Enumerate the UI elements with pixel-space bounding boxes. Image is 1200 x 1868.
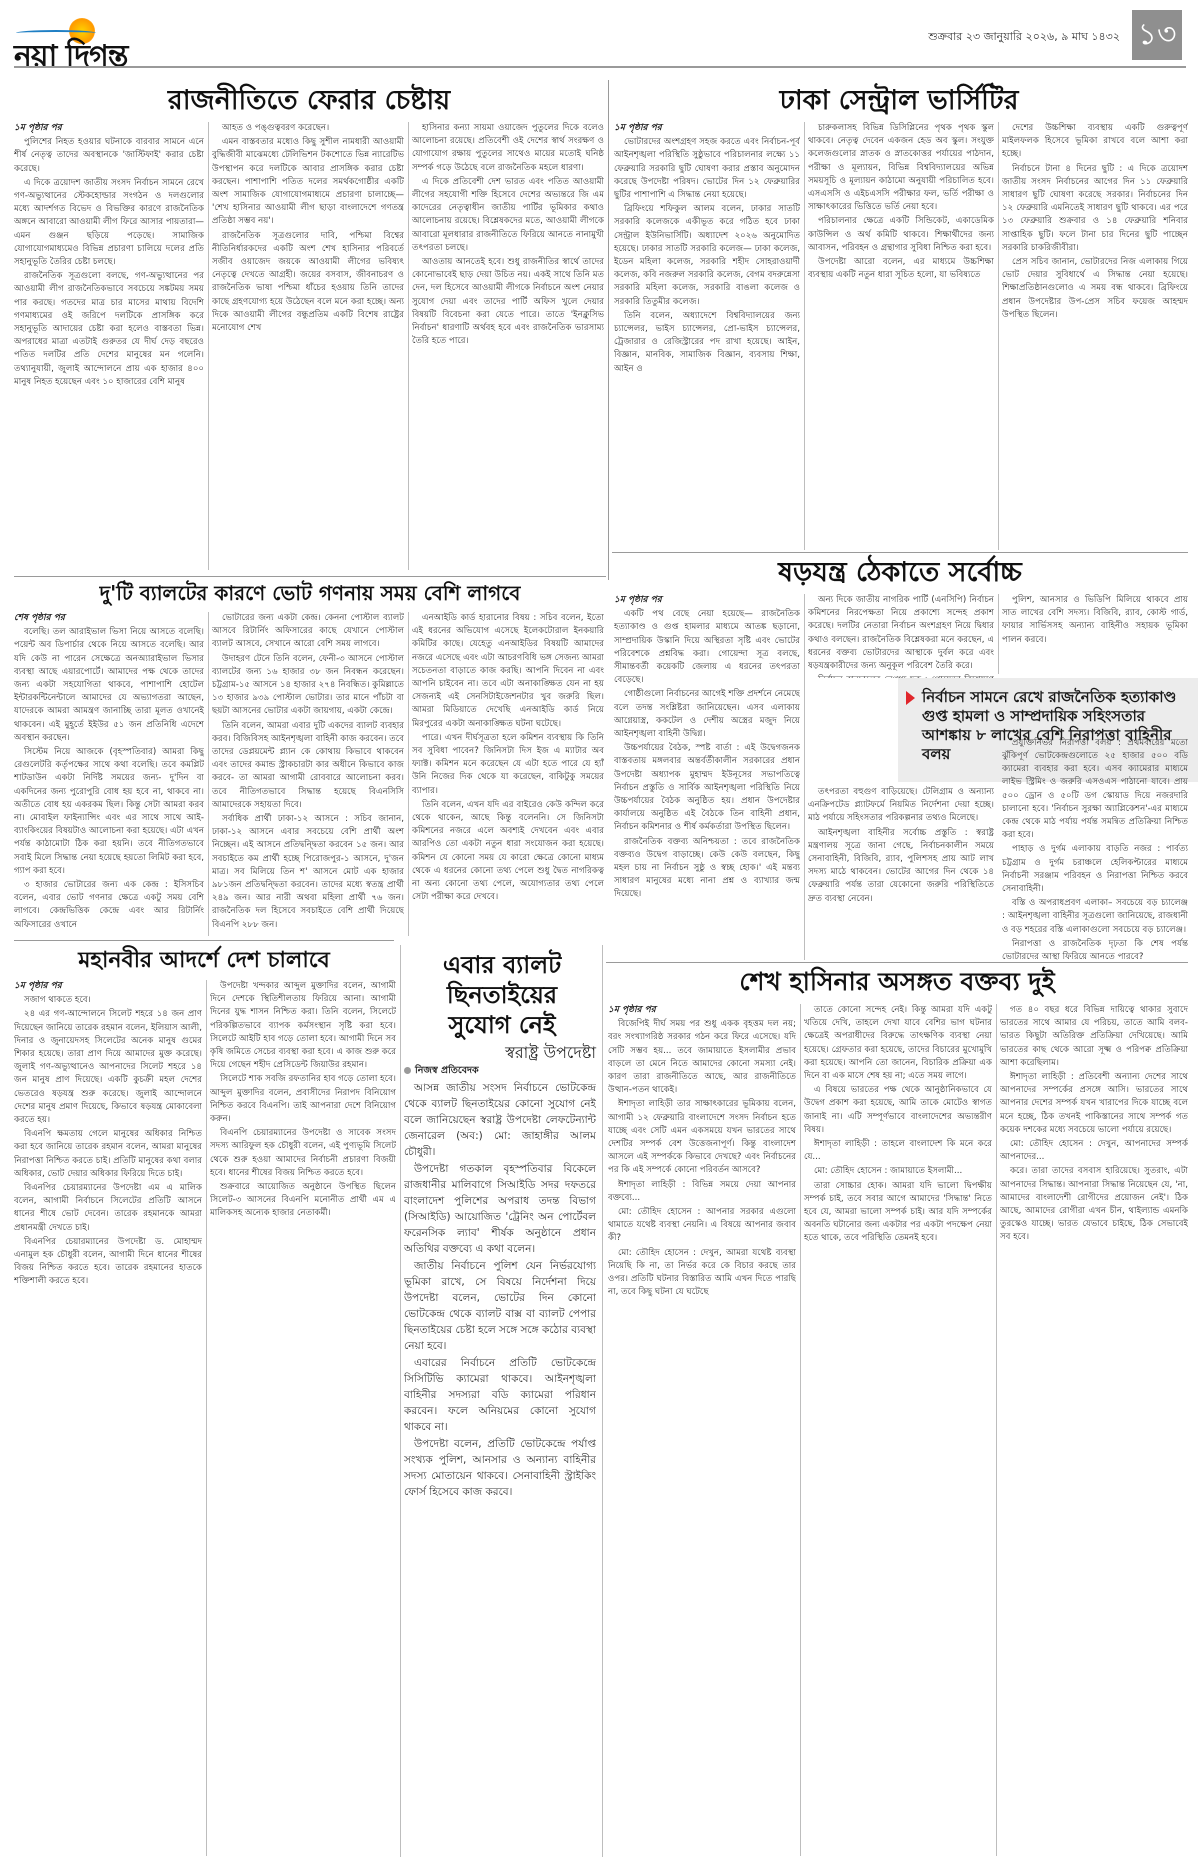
paragraph: উচ্চপর্যায়ের বৈঠক, স্পষ্ট বার্তা : এই উ… — [614, 742, 800, 834]
paragraph: বিএনপি ক্ষমতায় গেলে মানুষের অধিকার নিশ্… — [14, 1128, 202, 1181]
paragraph: বিজেপিই দীর্ঘ সময় পর শুধু একক বৃহত্তম দ… — [608, 1018, 796, 1097]
section-divider — [608, 80, 609, 580]
paragraph: মো: তৌহিদ হোসেন : আপনার সরকার এগুলো থামা… — [608, 1206, 796, 1246]
column-divider — [206, 980, 207, 1856]
headline-prophet-ideals[interactable]: মহানবীর আদর্শে দেশ চালাবে — [14, 946, 394, 976]
paragraph: এবারের নির্বাচনে প্রতিটি ভোটকেন্দ্রে সিস… — [404, 1355, 596, 1435]
paragraph: বস্তি ও অপরাধপ্রবণ এলাকা– সবচেয়ে বড় চ্… — [1002, 897, 1188, 937]
headline-conspiracy[interactable]: ষড়যন্ত্র ঠেকাতে সর্বোচ্চ — [612, 556, 1188, 590]
article-conspiracy-col-3: পুলিশ, আনসার ও ভিডিপি মিলিয়ে থাকবে প্রা… — [1002, 594, 1188, 960]
paragraph: দেশের উচ্চশিক্ষা ব্যবস্থায় একটি গুরুত্ব… — [1002, 122, 1188, 162]
paragraph: তারা সোচ্চার হোক। আমরা যদি ভালো দ্বিপক্ষ… — [804, 1180, 992, 1246]
article-conspiracy-col-2b: তৎপরতা বহুগুণ বাড়িয়েছে। টেলিগ্রাম ও অন… — [808, 786, 994, 960]
headline-hasina-statement[interactable]: শেখ হাসিনার অসঙ্গত বক্তব্য দুই — [606, 966, 1188, 998]
paragraph: ৩ হাজার ভোটারের জন্য এক কেন্দ্র : ইসিসচি… — [14, 879, 204, 932]
headline-line: সুযোগ নেই — [404, 1010, 600, 1040]
paragraph: মো: তৌহিদ হোসেন : জামায়াতে ইসলামী... — [804, 1165, 992, 1178]
paragraph: ঈশাদৃতা লাহিড়ী : প্রতিবেশী অন্যান্য দেশ… — [1000, 1071, 1188, 1137]
paragraph: রাজনৈতিক সূত্রগুলোর দাবি, পশ্চিমা বিশ্বে… — [212, 230, 404, 336]
headline-line: এবার ব্যালট — [404, 950, 600, 980]
paragraph: সজাগ থাকতে হবে। — [14, 994, 202, 1007]
paragraph: আহত ও পঙ্গুত্ববরণ করেছেন। — [212, 122, 404, 135]
paragraph: পরিচালনার ক্ষেত্রে একটি সিন্ডিকেট, একাডে… — [808, 215, 994, 255]
article-dcu-col-3: দেশের উচ্চশিক্ষা ব্যবস্থায় একটি গুরুত্ব… — [1002, 122, 1188, 552]
paragraph: মো: তৌহিদ হোসেন : দেখুন, আমরা যথেষ্ট ব্য… — [608, 1247, 796, 1300]
column-divider — [602, 945, 603, 1857]
paragraph: পাহাড় ও দুর্গম এলাকায় বাড়তি নজর : পার… — [1002, 843, 1188, 896]
paragraph: আওতায় আনতেই হবে। শুধু রাজনীতির স্বার্থে… — [412, 256, 604, 348]
paragraph: বিএনপির চেয়ারম্যানের উপদেষ্টা ড. মোহাম্… — [14, 1236, 202, 1289]
headline-line: ছিনতাইয়ের — [404, 980, 600, 1010]
paragraph: তিনি বলেন, অধ্যাদেশে বিশ্ববিদ্যালয়ের জন… — [614, 310, 800, 376]
paragraph: হাসিনার কন্যা সায়মা ওয়াজেদ পুতুলের দিক… — [412, 122, 604, 175]
column-divider — [998, 594, 999, 674]
paragraph: উদাহরণ টেনে তিনি বলেন, ফেনী-৩ আসনে পোস্ট… — [212, 653, 404, 719]
paragraph: ঈশাদৃতা লাহিড়ী : তাহলে বাংলাদেশ কি মনে … — [804, 1138, 992, 1164]
paragraph: সর্বাধিক প্রার্থী ঢাকা-১২ আসনে : সচিব জা… — [212, 813, 404, 932]
paragraph: নির্বাচনে টানা ৪ দিনের ছুটি : এ দিকে ত্র… — [1002, 163, 1188, 255]
paragraph: উপদেষ্টা খন্দকার আব্দুল মুক্তাদির বলেন, … — [210, 980, 396, 1072]
paragraph: এ বিষয়ে ভারতের পক্ষ থেকে আনুষ্ঠানিকভাবে… — [804, 1084, 992, 1137]
article-hasina-col-3: গত ৪০ বছর ধরে বিভিন্ন দায়িত্বে থাকার সু… — [1000, 1004, 1188, 1856]
paragraph: ভোটারদের অংশগ্রহণ সহজ করতে এবং নির্বাচন-… — [614, 136, 800, 202]
paragraph: একটি পথ বেছে নেয়া হয়েছে— রাজনৈতিক হত্য… — [614, 608, 800, 687]
paragraph: উপদেষ্টা আরো বলেন, এর মাধ্যমে উচ্চশিক্ষা… — [808, 256, 994, 282]
headline-dhaka-central-university[interactable]: ঢাকা সেন্ট্রাল ভার্সিটির — [612, 84, 1186, 118]
newspaper-logo[interactable]: নয়া দিগন্ত — [14, 18, 184, 60]
paragraph: গত ৪০ বছর ধরে বিভিন্ন দায়িত্বে থাকার সু… — [1000, 1004, 1188, 1070]
paragraph: এনআইডি কার্ড হারানোর বিষয় : সচিব বলেন, … — [412, 612, 604, 731]
paragraph: তিনি বলেন, এখন যদি এর বাইরেও কেউ কন্দিল … — [412, 799, 604, 905]
paragraph: পারে। এখন দীর্ঘসূত্রতা হলে কমিশন ব্যবস্থ… — [412, 732, 604, 798]
article-politics-col-2: আহত ও পঙ্গুত্ববরণ করেছেন। এমন বাস্তবতার … — [212, 122, 404, 572]
paragraph: ঈশাদৃতা লাহিড়ী তার সাক্ষাৎকারের ভূমিকায… — [608, 1098, 796, 1177]
column-divider — [408, 122, 409, 570]
paragraph: তিনি বলেন, আমরা এবার দুটি একদের ব্যালট ব… — [212, 720, 404, 812]
article-ballots-col-3: এনআইডি কার্ড হারানোর বিষয় : সচিব বলেন, … — [412, 612, 604, 938]
headline-politics-return[interactable]: রাজনীতিতে ফেরার চেষ্টায় — [14, 84, 604, 118]
article-ballots-col-1: শেষ পৃষ্ঠার পর বলেছি। তল আরাইভাল ভিসা নি… — [14, 612, 204, 938]
headline-two-ballots[interactable]: দু'টি ব্যালটের কারণে ভোট গণনায় সময় বেশ… — [14, 578, 606, 608]
paragraph: অন্য দিকে জাতীয় নাগরিক পার্টি (এনসিপি) … — [808, 594, 994, 673]
paragraph: উপদেষ্টা গতকাল বৃহস্পতিবার বিকেলে রাজধান… — [404, 1161, 596, 1257]
column-divider — [208, 612, 209, 936]
paragraph: জাতীয় নির্বাচনে পুলিশ যেন নির্ভরযোগ্য ভ… — [404, 1258, 596, 1354]
paragraph: সিলেটে শাক সবজি রফতানির হাব গড়ে তোলা হব… — [210, 1073, 396, 1126]
column-divider — [400, 945, 401, 1857]
section-divider — [14, 940, 394, 941]
column-divider — [804, 594, 805, 960]
continued-label: শেষ পৃষ্ঠার পর — [14, 612, 204, 625]
section-divider — [612, 552, 1188, 553]
section-divider — [606, 962, 1188, 963]
article-dcu-col-2: চারুকলাসহ বিভিন্ন ডিসিপ্লিনের পৃথক পৃথক … — [808, 122, 994, 552]
paragraph: বিএনপি চেয়ারম্যানের উপদেষ্টা ও সাবেক সং… — [210, 1127, 396, 1180]
paragraph: প্রেস সচিব জানান, ভোটারদের নিজ এলাকায় গ… — [1002, 256, 1188, 322]
paragraph: এ দিকে প্রতিবেশী দেশ ভারত এবং পতিত আওয়া… — [412, 176, 604, 255]
paragraph: আসন্ন জাতীয় সংসদ নির্বাচনে ভোটকেন্দ্র থ… — [404, 1080, 596, 1160]
article-conspiracy-col-1: ১ম পৃষ্ঠার পর একটি পথ বেছে নেয়া হয়েছে—… — [614, 594, 800, 960]
paragraph: তৎপরতা বহুগুণ বাড়িয়েছে। টেলিগ্রাম ও অন… — [808, 786, 994, 826]
continued-label: ১ম পৃষ্ঠার পর — [614, 122, 800, 135]
column-divider — [800, 1004, 801, 1856]
article-dcu-col-1: ১ম পৃষ্ঠার পর ভোটারদের অংশগ্রহণ সহজ করতে… — [614, 122, 800, 552]
paragraph: চারুকলাসহ বিভিন্ন ডিসিপ্লিনের পৃথক পৃথক … — [808, 122, 994, 214]
paragraph: ঈশাদৃতা লাহিড়ী : বিভিন্ন সময়ে দেয়া আপ… — [608, 1179, 796, 1205]
paragraph: বলেছি। তল আরাইভাল ভিসা নিয়ে আসতে বলেছি।… — [14, 626, 204, 745]
paragraph: গোষ্ঠীগুলো নির্বাচনের আগেই শক্তি প্রদর্শ… — [614, 688, 800, 741]
paragraph: তাতে কোনো সন্দেহ নেই। কিন্তু আমরা যদি এক… — [804, 1004, 992, 1083]
red-arrow-icon — [906, 691, 915, 705]
paragraph: প্রযুক্তিনির্ভর নিরাপত্তা বলয় : প্রথমবা… — [1002, 737, 1188, 843]
article-prophet-col-2: উপদেষ্টা খন্দকার আব্দুল মুক্তাদির বলেন, … — [210, 980, 396, 1856]
paragraph: শুক্রবারে আয়োজিত অনুষ্ঠানে উপস্থিত ছিলে… — [210, 1181, 396, 1221]
section-divider — [14, 576, 606, 577]
paragraph: মো: তৌহিদ হোসেন : দেখুন, আপনাদের সম্পর্ক… — [1000, 1138, 1188, 1164]
continued-label: ১ম পৃষ্ঠার পর — [14, 122, 204, 135]
masthead: নয়া দিগন্ত শুক্রবার ২৩ জানুয়ারি ২০২৬, … — [0, 0, 1200, 70]
paragraph: সিস্টেম নিয়ে আজকে (বৃহস্পতিবার) আমরা কি… — [14, 746, 204, 878]
paragraph: ২৪ এর গণ-আন্দোলনে সিলেট শহরে ১৪ জন প্রাণ… — [14, 1008, 202, 1127]
byline: নিজস্ব প্রতিবেদক — [404, 1064, 596, 1077]
article-politics-col-1: ১ম পৃষ্ঠার পর পুলিশের নিহত হওয়ার ঘটনাকে… — [14, 122, 204, 572]
logo-text: নয়া দিগন্ত — [14, 32, 127, 83]
paragraph: আইনশৃঙ্খলা বাহিনীর সর্বোচ্চ প্রস্তুতি : … — [808, 827, 994, 906]
article-conspiracy-col-2a: অন্য দিকে জাতীয় নাগরিক পার্টি (এনসিপি) … — [808, 594, 994, 678]
paragraph: ভোটারের জন্য একটা কেন্দ্র। কেননা পোস্টাল… — [212, 612, 404, 652]
paragraph: করে। তারা তাদের বসবাস হারিয়েছে। সুতরাং,… — [1000, 1165, 1188, 1244]
continued-label: ১ম পৃষ্ঠার পর — [614, 594, 800, 607]
continued-label: ১ম পৃষ্ঠার পর — [14, 980, 202, 993]
paragraph: পুলিশ, আনসার ও ভিডিপি মিলিয়ে থাকবে প্রা… — [1002, 594, 1188, 647]
article-ballots-col-2: ভোটারের জন্য একটা কেন্দ্র। কেননা পোস্টাল… — [212, 612, 404, 938]
continued-label: ১ম পৃষ্ঠার পর — [608, 1004, 796, 1017]
paragraph: রাজনৈতিক বক্তব্য অনিশ্চয়তা : তবে রাজনৈত… — [614, 836, 800, 902]
article-hasina-col-1: ১ম পৃষ্ঠার পর বিজেপিই দীর্ঘ সময় পর শুধু… — [608, 1004, 796, 1856]
bullet-icon — [404, 1067, 411, 1074]
paragraph: নিরাপত্তা ও রাজনৈতিক দৃঢ়তা কি শেষ পর্যন… — [1002, 938, 1188, 960]
article-politics-col-3: হাসিনার কন্যা সায়মা ওয়াজেদ পুতুলের দিক… — [412, 122, 604, 572]
paragraph: এ দিকে ত্রয়োদশ জাতীয় সংসদ নির্বাচন সাম… — [14, 177, 204, 269]
column-divider — [998, 122, 999, 550]
column-divider — [804, 122, 805, 550]
article-prophet-col-1: ১ম পৃষ্ঠার পর সজাগ থাকতে হবে। ২৪ এর গণ-আ… — [14, 980, 202, 1856]
paragraph: ব্রিফিংয়ে শফিকুল আলম বলেন, ঢাকার সাতটি … — [614, 203, 800, 309]
paragraph: রাজনৈতিক সূত্রগুলো বলছে, গণ-অভ্যুত্থানের… — [14, 270, 204, 389]
paragraph: এমন বাস্তবতার মধ্যেও কিছু সুশীল নামধারী … — [212, 136, 404, 228]
masthead-divider — [14, 66, 1186, 68]
dateline: শুক্রবার ২৩ জানুয়ারি ২০২৬, ৯ মাঘ ১৪৩২ — [928, 28, 1120, 47]
article-hasina-col-2: তাতে কোনো সন্দেহ নেই। কিন্তু আমরা যদি এক… — [804, 1004, 992, 1856]
page-number: ১৩ — [1132, 10, 1182, 60]
headline-ballot-snatching[interactable]: এবার ব্যালট ছিনতাইয়ের সুযোগ নেই — [404, 950, 600, 1040]
column-divider — [996, 1004, 997, 1856]
column-divider — [208, 122, 209, 570]
paragraph: বিএনপির চেয়ারম্যানের উপদেষ্টা এম এ মালি… — [14, 1182, 202, 1235]
article-snatching-body: নিজস্ব প্রতিবেদক আসন্ন জাতীয় সংসদ নির্ব… — [404, 1062, 596, 1856]
paragraph: পুলিশের নিহত হওয়ার ঘটনাকে বারবার সামনে … — [14, 136, 204, 176]
paragraph: উপদেষ্টা বলেন, প্রতিটি ভোটকেন্দ্রে পর্যা… — [404, 1436, 596, 1500]
column-divider — [408, 612, 409, 936]
